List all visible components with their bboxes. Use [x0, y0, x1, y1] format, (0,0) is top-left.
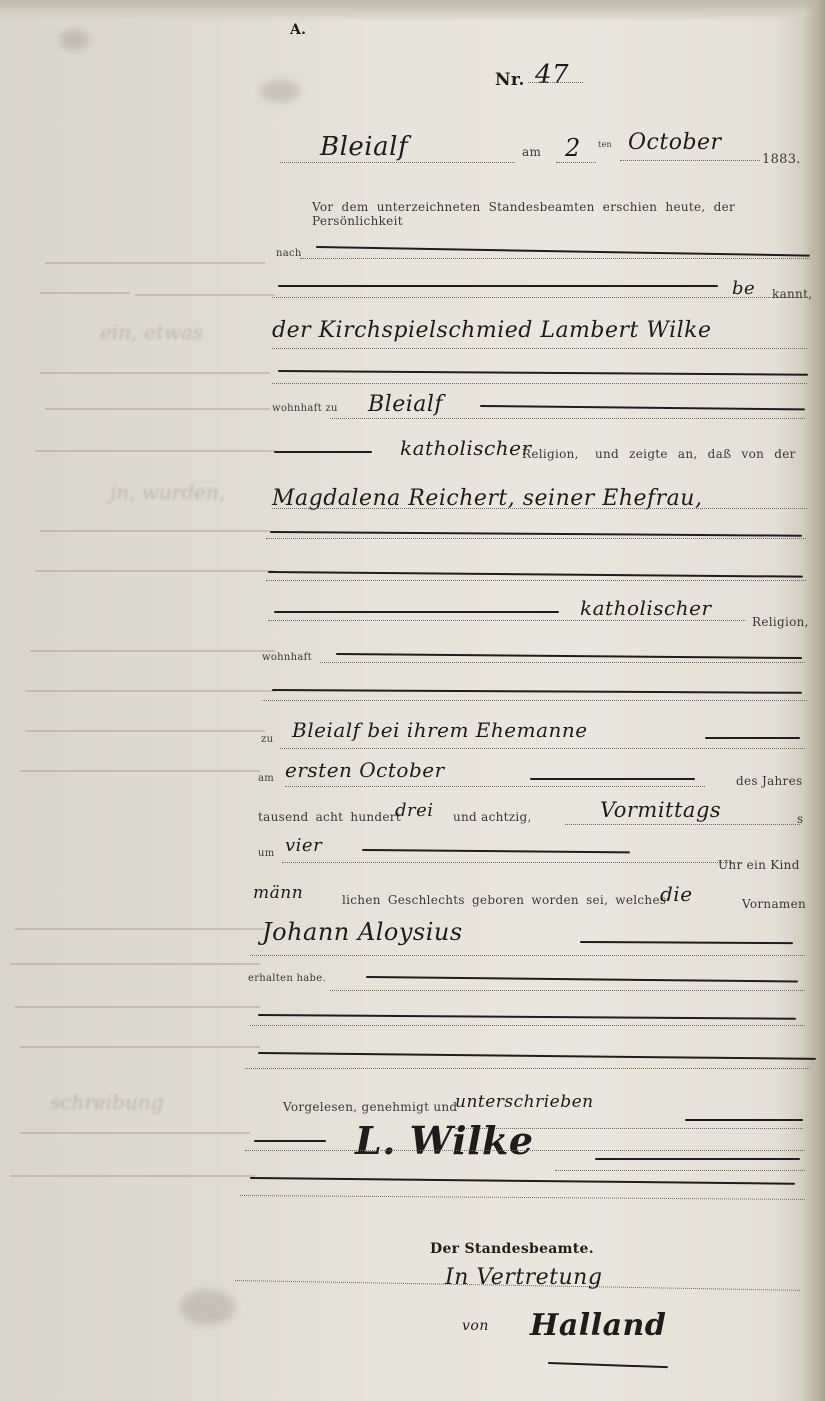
uhr-ein-kind-text: Uhr ein Kind	[718, 858, 800, 872]
year-units: drei	[395, 800, 434, 821]
year-value: 1883.	[762, 152, 801, 167]
page-shadow-top	[0, 0, 825, 22]
vorgelesen-text: Vorgelesen, genehmigt und	[283, 1100, 457, 1114]
bekannt-handwritten-prefix: be	[732, 278, 755, 299]
geschlechts-text: lichen Geschlechts geboren worden sei, w…	[342, 893, 666, 907]
birth-place: Bleialf bei ihrem Ehemanne	[292, 718, 588, 742]
am-label: am	[522, 145, 541, 159]
zeigte-an-text: und zeigte an, daß von der	[595, 447, 796, 461]
birth-hour: vier	[285, 835, 322, 856]
number-label: Nr.	[495, 70, 525, 90]
nach-label: nach	[276, 248, 302, 259]
official-title: Der Standesbeamte.	[430, 1241, 594, 1257]
am-label-2: am	[258, 773, 274, 784]
wohnhaft-label: wohnhaft	[262, 652, 312, 663]
time-of-day: Vormittags	[600, 798, 721, 822]
um-label: um	[258, 848, 275, 859]
bekannt-suffix: kannt,	[772, 287, 812, 301]
child-sex: männ	[253, 883, 303, 903]
section-letter: A.	[290, 22, 306, 38]
des-jahres-label: des Jahres	[736, 774, 802, 788]
erhalten-habe-text: erhalten habe.	[248, 973, 326, 984]
month-value: October	[628, 130, 722, 155]
official-vertretung: In Vertretung	[445, 1265, 602, 1290]
pronoun-die: die	[660, 882, 693, 906]
day-suffix: ten	[598, 140, 612, 149]
birth-date: ersten October	[285, 758, 445, 782]
zu-label: zu	[261, 734, 273, 745]
religion-label-1: Religion,	[522, 447, 579, 461]
informant-residence: Bleialf	[368, 392, 443, 417]
official-signature: Halland	[530, 1308, 666, 1343]
und-achtzig-text: und achtzig,	[453, 810, 532, 824]
informant-signature: L. Wilke	[355, 1118, 534, 1163]
religion-label-2: Religion,	[752, 615, 809, 629]
day-value: 2	[565, 134, 581, 162]
place-of-registration: Bleialf	[320, 132, 408, 162]
intro-text: Vor dem unterzeichneten Standesbeamten e…	[312, 200, 825, 228]
official-von: von	[462, 1318, 489, 1334]
record-number: 47	[535, 60, 569, 90]
unterschrieben-handwritten: unterschrieben	[455, 1092, 594, 1112]
vornamen-label: Vornamen	[742, 897, 806, 911]
tausend-text: tausend acht hundert	[258, 810, 401, 824]
wohnhaft-zu-label: wohnhaft zu	[272, 403, 338, 414]
informant-religion: katholischer	[400, 436, 532, 460]
informant-name: der Kirchspielschmied Lambert Wilke	[272, 318, 712, 343]
child-given-names: Johann Aloysius	[262, 918, 463, 946]
mother-religion: katholischer	[580, 596, 712, 620]
